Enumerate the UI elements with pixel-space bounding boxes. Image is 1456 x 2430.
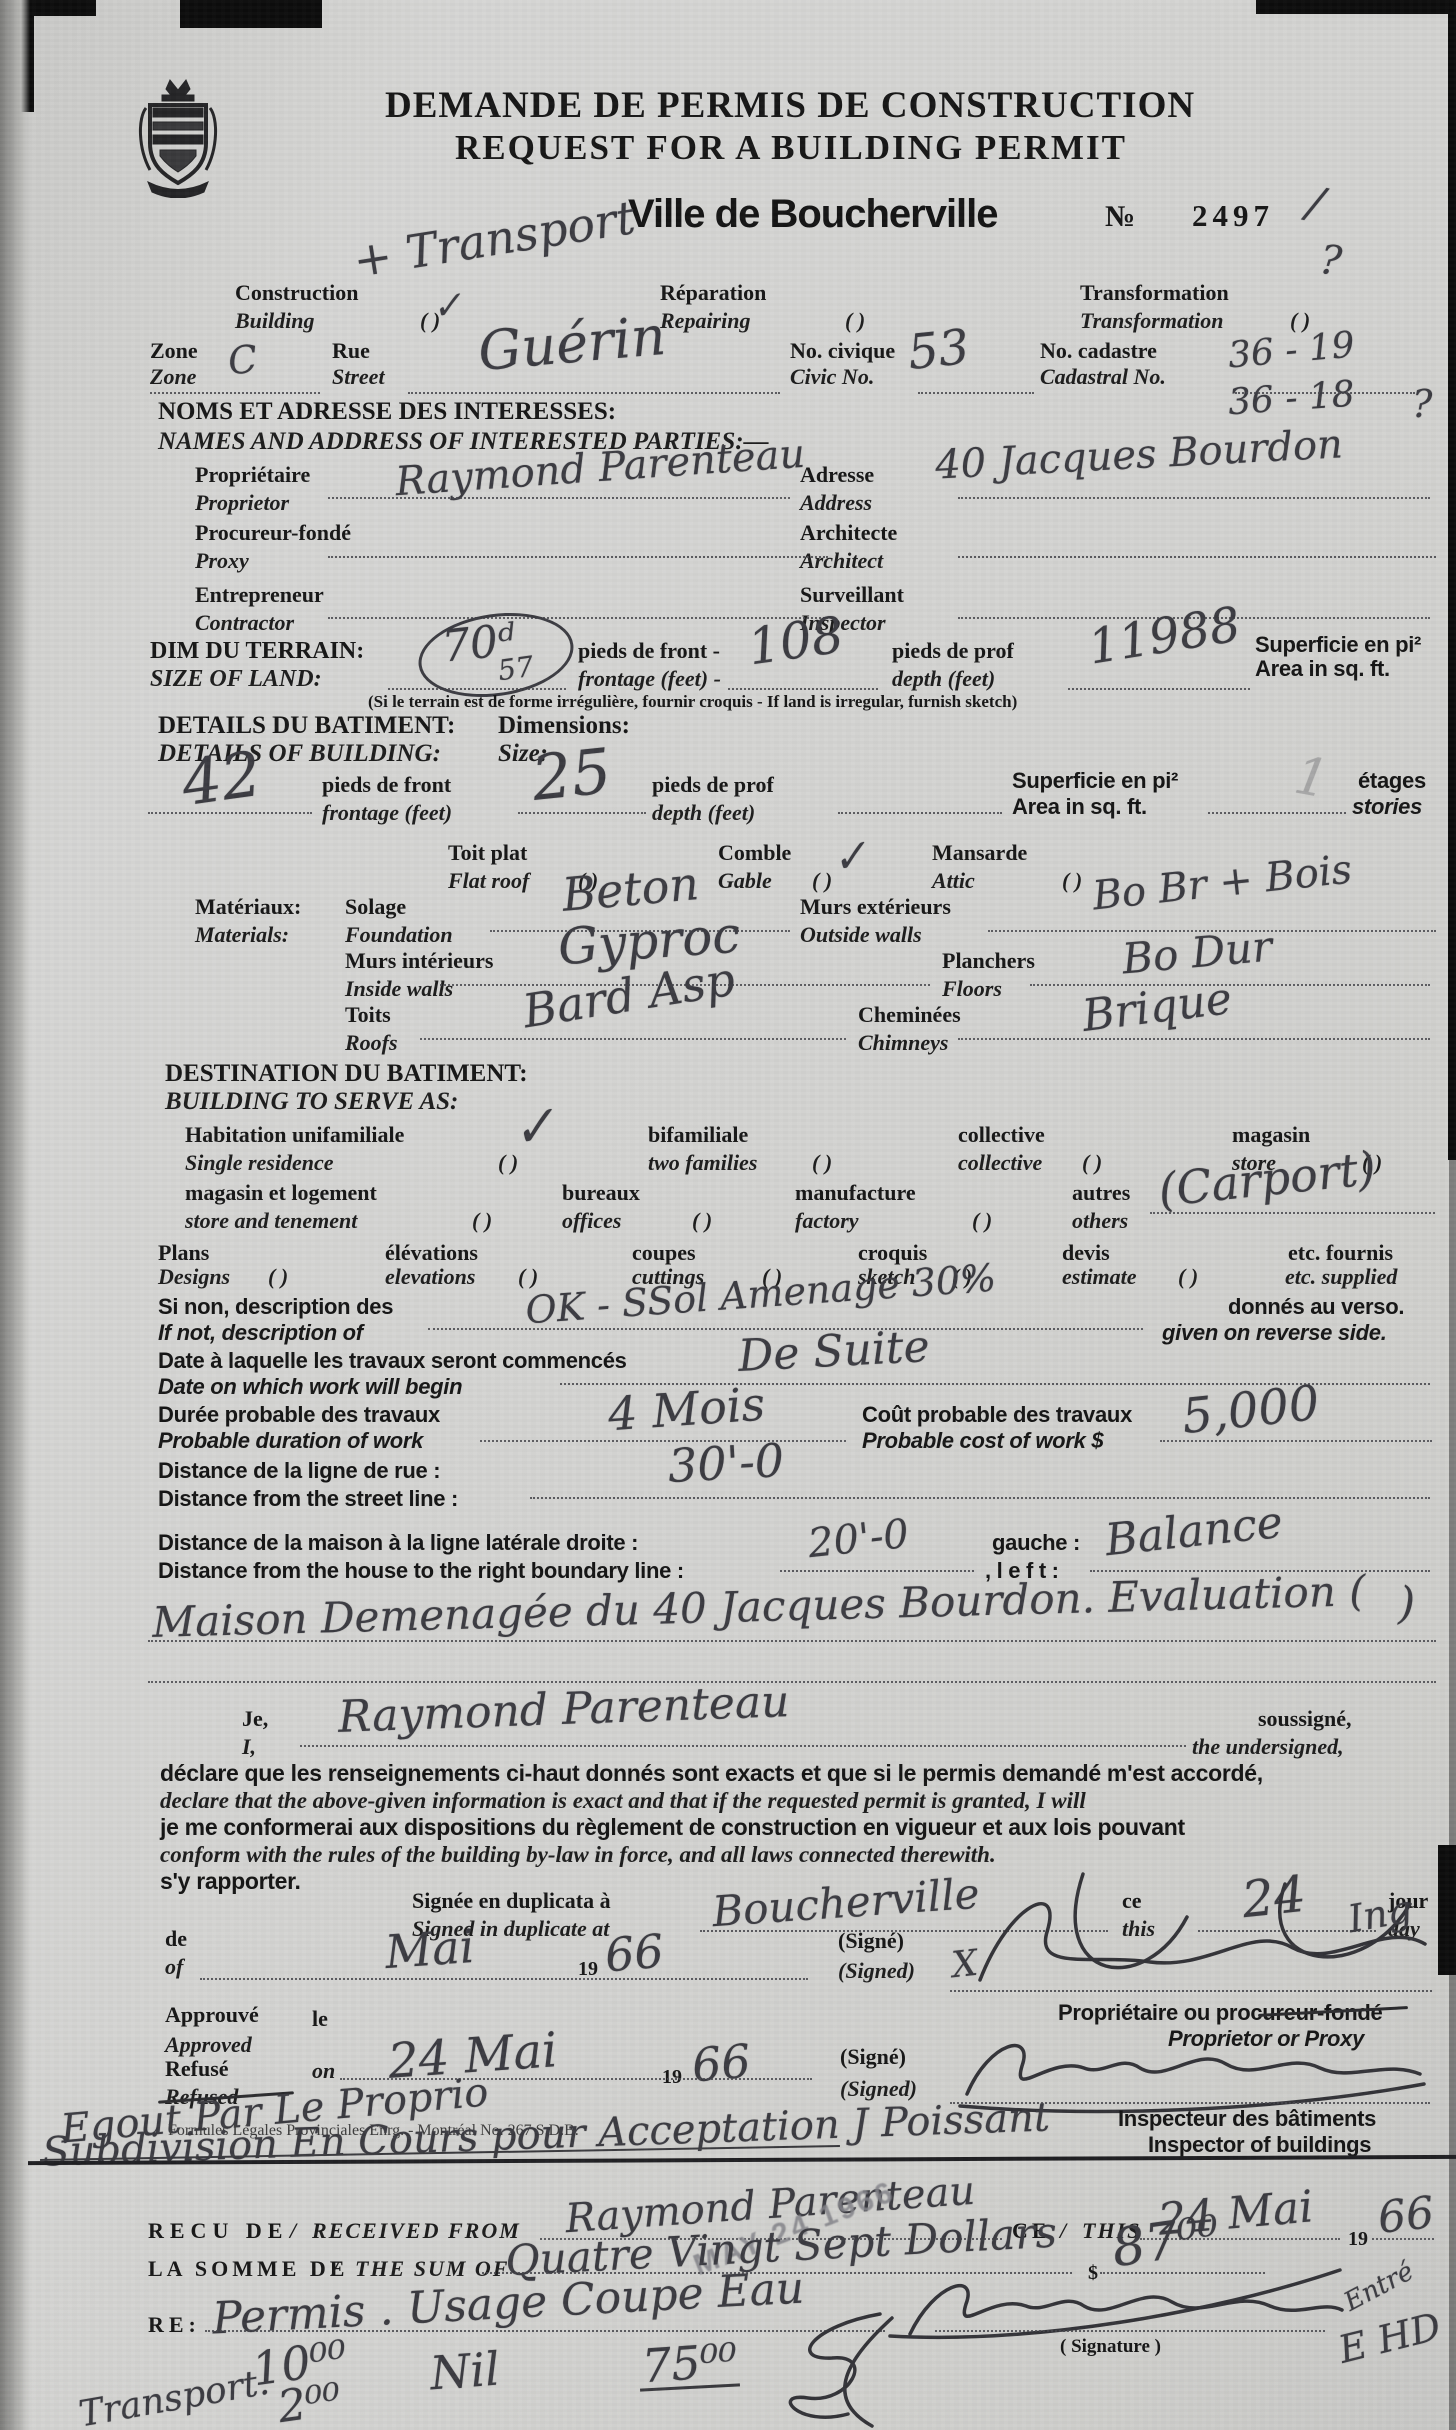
proxy-label-fr: Procureur-fondé: [195, 520, 351, 546]
area-value: 11988: [1085, 596, 1245, 675]
proprietor-label-en: Proprietor: [195, 490, 289, 516]
moved-house-note-close: ): [1398, 1578, 1415, 1629]
depth-label-fr: pieds de prof: [892, 638, 1014, 664]
signe-label-en: (Signed): [838, 1958, 915, 1984]
street-value: Guérin: [476, 304, 669, 383]
building-frontage-label-en: frontage (feet): [322, 800, 452, 826]
others-label-en: others: [1072, 1208, 1128, 1234]
cost-label-en: Probable cost of work $: [862, 1428, 1103, 1454]
building-area-label-en: Area in sq. ft.: [1012, 794, 1147, 820]
year-value: 66: [603, 1924, 666, 1983]
right-boundary-label-en: Distance from the house to the right bou…: [158, 1558, 684, 1584]
approval-signe-en: (Signed): [840, 2076, 917, 2102]
inspector-title-en: Inspector of buildings: [1148, 2132, 1371, 2158]
reparation-checkbox: ( ): [845, 308, 865, 334]
stories-label-fr: étages: [1358, 768, 1426, 794]
right-boundary-value: 20'-0: [806, 1511, 911, 1567]
flat-roof-label-en: Flat roof: [448, 868, 529, 894]
de-label-fr: de: [165, 1926, 187, 1952]
plans-checkbox: ( ): [268, 1264, 288, 1290]
street-label-fr: Rue: [332, 338, 370, 364]
le-label-en: on: [312, 2058, 335, 2084]
cuttings-label-fr: coupes: [632, 1240, 696, 1266]
zone-label-fr: Zone: [150, 338, 198, 364]
cadastre-value-1: 36 - 19: [1226, 325, 1356, 377]
soussigne-label-en: the undersigned,: [1192, 1734, 1344, 1760]
attic-label-fr: Mansarde: [932, 840, 1027, 866]
declarant-name: Raymond Parenteau: [337, 1676, 790, 1743]
city-name: Ville de Boucherville: [628, 192, 998, 237]
stories-value: 1: [1290, 746, 1333, 811]
declaration-line3-fr: s'y rapporter.: [160, 1868, 301, 1895]
construction-label-fr: Construction: [235, 280, 358, 306]
verso-label-en: given on reverse side.: [1162, 1320, 1387, 1346]
receipt-year-value: 66: [1375, 2187, 1436, 2244]
cost-value: 5,000: [1179, 1375, 1322, 1445]
building-area-label-fr: Superficie en pi²: [1012, 768, 1178, 794]
de-label-en: of: [165, 1954, 183, 1980]
approved-label-en: Approved: [165, 2032, 252, 2058]
scan-edge-right-low: [1449, 1160, 1456, 2430]
estimate-label-fr: devis: [1062, 1240, 1110, 1266]
floors-label-en: Floors: [942, 976, 1002, 1002]
if-not-label-fr: Si non, description des: [158, 1294, 393, 1320]
materials-label-fr: Matériaux:: [195, 894, 301, 920]
work-begin-label-fr: Date à laquelle les travaux seront comme…: [158, 1348, 627, 1374]
scan-edge-right: [1448, 0, 1456, 1160]
fee-amount-2: 2⁰⁰: [275, 2374, 345, 2430]
signature-caption: ( Signature ): [1060, 2336, 1161, 2358]
cadastre-label-fr: No. cadastre: [1040, 338, 1157, 364]
duration-value: 4 Mois: [606, 1377, 766, 1442]
cadastre-question-mark: ?: [1412, 382, 1432, 426]
land-size-label-en: SIZE OF LAND:: [150, 666, 322, 693]
floors-label-fr: Planchers: [942, 948, 1035, 974]
cadastre-value-2: 36 - 18: [1227, 374, 1356, 424]
materials-label-en: Materials:: [195, 922, 289, 948]
declaration-line1-fr: déclare que les renseignements ci-haut d…: [160, 1760, 1263, 1787]
zone-label-en: Zone: [150, 364, 196, 390]
names-heading-fr: NOMS ET ADRESSE DES INTERESSES:: [158, 398, 616, 426]
offices-label-fr: bureaux: [562, 1180, 640, 1206]
others-label-fr: autres: [1072, 1180, 1130, 1206]
soussigne-label-fr: soussigné,: [1258, 1706, 1352, 1732]
scan-edge-top-right: [1256, 0, 1456, 14]
chimneys-label-fr: Cheminées: [858, 1002, 961, 1028]
inside-walls-label-en: Inside walls: [345, 976, 453, 1002]
receipt-year-prefix: 19: [1348, 2228, 1368, 2251]
footer-scribble-signature: [752, 2308, 932, 2430]
supplied-label-en: etc. supplied: [1285, 1264, 1397, 1290]
two-families-checkbox: ( ): [812, 1150, 832, 1176]
je-label-en: I,: [242, 1734, 256, 1760]
address-value: 40 Jacques Bourdon: [934, 421, 1344, 488]
roofs-label-en: Roofs: [345, 1030, 398, 1056]
form-title-fr: DEMANDE DE PERMIS DE CONSTRUCTION: [385, 84, 1195, 127]
received-from-label-en: RECEIVED FROM: [312, 2218, 521, 2244]
inside-walls-label-fr: Murs intérieurs: [345, 948, 493, 974]
irregular-land-note: (Si le terrain est de forme irrégulière,…: [368, 692, 1017, 712]
approved-label-fr: Approuvé: [165, 2002, 259, 2028]
sum-of-sep: /: [332, 2256, 338, 2282]
street-line-label-en: Distance from the street line :: [158, 1486, 458, 1512]
factory-checkbox: ( ): [972, 1208, 992, 1234]
building-depth-label-en: depth (feet): [652, 800, 755, 826]
cadastre-label-en: Cadastral No.: [1040, 364, 1166, 390]
city-crest-icon: [136, 78, 220, 198]
frontage-label-fr: pieds de front -: [578, 638, 720, 664]
attic-label-en: Attic: [932, 868, 975, 894]
factory-label-fr: manufacture: [795, 1180, 916, 1206]
permit-no-label: №: [1105, 200, 1135, 234]
outside-walls-label-fr: Murs extérieurs: [800, 894, 951, 920]
signed-place-value: Boucherville: [711, 1869, 981, 1937]
approval-signe-fr: (Signé): [840, 2044, 906, 2070]
collective-checkbox: ( ): [1082, 1150, 1102, 1176]
attic-checkbox: ( ): [1062, 868, 1082, 894]
building-permit-form: DEMANDE DE PERMIS DE CONSTRUCTION REQUES…: [0, 0, 1456, 2430]
proxy-label-en: Proxy: [195, 548, 249, 574]
duration-label-en: Probable duration of work: [158, 1428, 423, 1454]
work-begin-label-en: Date on which work will begin: [158, 1374, 462, 1400]
refused-label-fr: Refusé: [165, 2056, 229, 2082]
offices-label-en: offices: [562, 1208, 621, 1234]
frontage-value-sub: 57: [496, 650, 536, 688]
tenement-checkbox: ( ): [472, 1208, 492, 1234]
destination-heading-fr: DESTINATION DU BATIMENT:: [165, 1060, 528, 1088]
elevations-label-fr: élévations: [385, 1240, 478, 1266]
stories-label-en: stories: [1352, 794, 1422, 820]
month-value: Mai: [383, 1919, 476, 1979]
permit-no-question-mark: ?: [1318, 237, 1344, 285]
elevations-label-en: elevations: [385, 1264, 475, 1290]
single-residence-check: ✓: [507, 1095, 560, 1162]
architect-label-en: Architect: [800, 548, 883, 574]
estimate-checkbox: ( ): [1178, 1264, 1198, 1290]
land-size-label-fr: DIM DU TERRAIN:: [150, 638, 364, 665]
outside-walls-value: Bo Br + Bois: [1090, 847, 1354, 920]
outside-walls-label-en: Outside walls: [800, 922, 922, 948]
building-frontage-value: 42: [177, 737, 265, 820]
foundation-label-fr: Solage: [345, 894, 406, 920]
permit-no-value: 2497: [1192, 198, 1274, 234]
street-line-value: 30'-0: [667, 1433, 786, 1493]
address-label-en: Address: [800, 490, 872, 516]
surveillant-label-fr: Surveillant: [800, 582, 904, 608]
permit-no-checkmark: /: [1303, 177, 1328, 230]
signe-label-fr: (Signé): [838, 1928, 904, 1954]
form-title-en: REQUEST FOR A BUILDING PERMIT: [455, 128, 1127, 168]
tenement-label-fr: magasin et logement: [185, 1180, 377, 1206]
civic-no-label-fr: No. civique: [790, 338, 895, 364]
declaration-line2-en: conform with the rules of the building b…: [160, 1842, 996, 1868]
building-depth-value: 25: [528, 734, 614, 815]
collective-label-en: collective: [958, 1150, 1042, 1176]
je-label-fr: Je,: [242, 1706, 268, 1732]
entre-annotation: Entré: [1339, 2256, 1418, 2317]
plans-label-fr: Plans: [158, 1240, 209, 1266]
declaration-line1-en: declare that the above-given information…: [160, 1788, 1086, 1814]
single-residence-label-fr: Habitation unifamiliale: [185, 1122, 404, 1148]
reparation-label-en: Repairing: [660, 308, 750, 334]
inspector-title-fr: Inspecteur des bâtiments: [1118, 2106, 1376, 2132]
left-boundary-label-fr: gauche :: [992, 1530, 1080, 1556]
transport-fee-label: Transport.: [76, 2362, 272, 2430]
area-label-fr: Superficie en pi²: [1255, 632, 1421, 658]
destination-heading-en: BUILDING TO SERVE AS:: [165, 1088, 458, 1116]
chimneys-label-en: Chimneys: [858, 1030, 948, 1056]
right-boundary-label-fr: Distance de la maison à la ligne latéral…: [158, 1530, 638, 1556]
fee-nil: Nil: [428, 2342, 501, 2401]
approval-year-value: 66: [690, 2034, 753, 2093]
depth-label-en: depth (feet): [892, 666, 995, 692]
re-label: RE:: [148, 2312, 201, 2338]
declaration-line2-fr: je me conformerai aux dispositions du rè…: [160, 1814, 1185, 1841]
two-families-label-fr: bifamiliale: [648, 1122, 748, 1148]
transport-annotation: + Transport: [350, 190, 639, 288]
cost-label-fr: Coût probable des travaux: [862, 1402, 1132, 1428]
foundation-label-en: Foundation: [345, 922, 453, 948]
if-not-label-en: If not, description of: [158, 1320, 363, 1346]
contractor-label-en: Contractor: [195, 610, 294, 636]
zone-value: C: [226, 337, 260, 384]
tenement-label-en: store and tenement: [185, 1208, 357, 1234]
construction-label-en: Building: [235, 308, 314, 334]
plans-label-en: Designs: [158, 1264, 230, 1290]
contractor-label-fr: Entrepreneur: [195, 582, 324, 608]
elevations-checkbox: ( ): [518, 1264, 538, 1290]
scan-edge-left-shadow: [0, 0, 30, 2430]
roofs-label-fr: Toits: [345, 1002, 391, 1028]
proprietor-label-fr: Propriétaire: [195, 462, 310, 488]
gable-checkbox: ( ): [812, 868, 832, 894]
street-line-label-fr: Distance de la ligne de rue :: [158, 1458, 440, 1484]
building-depth-label-fr: pieds de prof: [652, 772, 774, 798]
le-label-fr: le: [312, 2006, 328, 2032]
transformation-label-fr: Transformation: [1080, 280, 1229, 306]
received-from-label-fr: RECU DE: [148, 2218, 288, 2244]
supplied-label-fr: etc. fournis: [1288, 1240, 1393, 1266]
details-heading-dim: Dimensions:: [498, 712, 630, 740]
duration-label-fr: Durée probable des travaux: [158, 1402, 440, 1428]
factory-label-en: factory: [795, 1208, 859, 1234]
details-heading-fr: DETAILS DU BATIMENT:: [158, 712, 455, 740]
building-frontage-label-fr: pieds de front: [322, 772, 451, 798]
verso-label-fr: donnés au verso.: [1228, 1294, 1404, 1320]
area-label-en: Area in sq. ft.: [1255, 656, 1390, 682]
gable-label-fr: Comble: [718, 840, 791, 866]
signed-duplicate-label-fr: Signée en duplicata à: [412, 1888, 611, 1914]
left-boundary-value: Balance: [1103, 1497, 1285, 1566]
others-value: (Carport): [1156, 1141, 1379, 1218]
received-from-sep: /: [290, 2218, 296, 2244]
transformation-label-en: Transformation: [1080, 308, 1223, 334]
sum-of-label-fr: LA SOMME DE: [148, 2256, 348, 2282]
store-label-fr: magasin: [1232, 1122, 1310, 1148]
depth-value: 108: [744, 606, 847, 677]
single-residence-label-en: Single residence: [185, 1150, 334, 1176]
reparation-label-fr: Réparation: [660, 280, 766, 306]
estimate-label-en: estimate: [1062, 1264, 1137, 1290]
offices-checkbox: ( ): [692, 1208, 712, 1234]
collective-label-fr: collective: [958, 1122, 1045, 1148]
street-label-en: Street: [332, 364, 385, 390]
address-label-fr: Adresse: [800, 462, 874, 488]
architect-label-fr: Architecte: [800, 520, 897, 546]
civic-no-label-en: Civic No.: [790, 364, 874, 390]
civic-no-value: 53: [905, 319, 972, 381]
gable-label-en: Gable: [718, 868, 772, 894]
work-begin-value: De Suite: [737, 1321, 931, 1382]
frontage-label-en: frontage (feet) -: [578, 666, 721, 692]
construction-check: ✓: [429, 284, 465, 329]
single-residence-checkbox: ( ): [498, 1150, 518, 1176]
flat-roof-label-fr: Toit plat: [448, 840, 527, 866]
gable-check: ✓: [828, 829, 871, 883]
receipt-ce-sep: /: [1060, 2218, 1066, 2244]
two-families-label-en: two families: [648, 1150, 757, 1176]
scan-edge-top-strip: [180, 0, 322, 28]
